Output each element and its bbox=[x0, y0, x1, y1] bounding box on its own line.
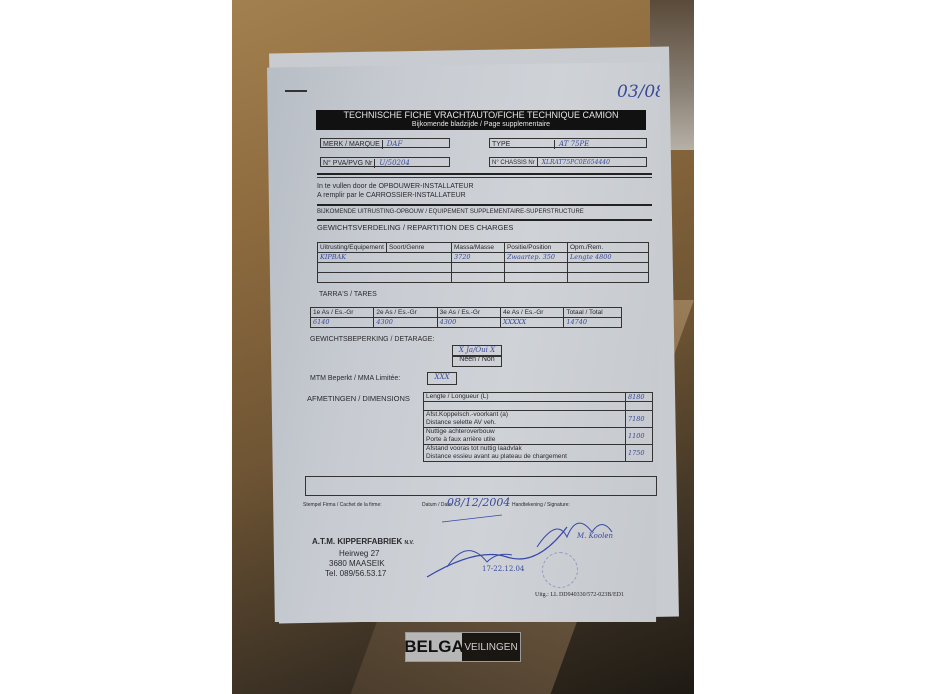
header-cell: Uitrusting/Equipement bbox=[318, 243, 387, 253]
chassis-field: N° CHASSIS NrXLRAT75PC0E654440 bbox=[489, 157, 647, 167]
dimension-value: 1750 bbox=[626, 445, 653, 462]
cell-position: Zwaartep. 350 bbox=[504, 253, 567, 263]
chassis-value: XLRAT75PC0E654440 bbox=[538, 159, 610, 166]
section-weight: GEWICHTSVERDELING / REPARTITION DES CHAR… bbox=[317, 223, 513, 232]
stamp-label: Stempel Firma / Cachet de la firme: bbox=[303, 502, 382, 508]
table-header-row: Uitrusting/Equipement Soort/Genre Massa/… bbox=[318, 243, 649, 253]
header-cell: 2e As / Es.-Gr bbox=[374, 308, 437, 318]
watermark-veilingen: VEILINGEN bbox=[462, 633, 520, 661]
chassis-label: N° CHASSIS Nr bbox=[492, 158, 538, 167]
punch-mark bbox=[285, 90, 307, 92]
technical-sheet: 03/08 TECHNISCHE FICHE VRACHTAUTO/FICHE … bbox=[267, 62, 660, 622]
merk-field: MERK / MARQUEDAF bbox=[320, 138, 450, 148]
table-row: Nuttige achteroverbouwPorte à faux arriè… bbox=[424, 428, 653, 445]
table-header-row: 1e As / Es.-Gr 2e As / Es.-Gr 3e As / Es… bbox=[311, 308, 622, 318]
divider bbox=[317, 219, 652, 221]
header-cell: Positie/Position bbox=[504, 243, 567, 253]
company-name-text: A.T.M. KIPPERFABRIEK bbox=[312, 537, 402, 546]
cell-equipment: KIPBAK bbox=[318, 253, 452, 263]
instruction-fr: A remplir par le CARROSSIER-INSTALLATEUR bbox=[317, 192, 466, 199]
pva-label: N° PVA/PVG Nr bbox=[323, 159, 375, 168]
dimensions-label: AFMETINGEN / DIMENSIONS bbox=[307, 394, 410, 403]
table-row bbox=[318, 273, 649, 283]
table-row: Lengte / Longueur (L) 8180 bbox=[424, 393, 653, 402]
header-cell: Massa/Masse bbox=[451, 243, 504, 253]
dimension-label: Afstand vooras tot nuttig laadvlak bbox=[426, 445, 623, 453]
tares-label: TARRA'S / TARES bbox=[319, 291, 377, 298]
tare-axle-4: XXXXX bbox=[500, 318, 563, 328]
table-row bbox=[424, 402, 653, 411]
table-row bbox=[318, 263, 649, 273]
tare-axle-3: 4300 bbox=[437, 318, 500, 328]
merk-value: DAF bbox=[383, 140, 403, 148]
header-cell: Totaal / Total bbox=[564, 308, 622, 318]
pva-value: U/50204 bbox=[375, 159, 410, 167]
mma-label: MTM Beperkt / MMA Limitée: bbox=[310, 375, 400, 382]
dimension-label-fr: Distance selette AV veh. bbox=[426, 419, 623, 427]
equipment-table: Uitrusting/Equipement Soort/Genre Massa/… bbox=[317, 242, 649, 283]
type-field: TYPEAT 75PE bbox=[489, 138, 647, 148]
dimension-label: Nuttige achteroverbouw bbox=[426, 428, 623, 436]
watermark-belga: BELGA bbox=[406, 633, 462, 661]
dimension-value: 7180 bbox=[626, 411, 653, 428]
dimension-label: Lengte / Longueur (L) bbox=[424, 393, 626, 402]
company-suffix: N.V. bbox=[404, 540, 413, 546]
document-subtitle: Bijkomende bladzijde / Page supplementai… bbox=[316, 121, 646, 129]
dimensions-table: Lengte / Longueur (L) 8180 Afst.Koppelsc… bbox=[423, 392, 653, 462]
type-label: TYPE bbox=[492, 140, 555, 149]
type-value: AT 75PE bbox=[555, 140, 589, 148]
cell-remark: Lengte 4800 bbox=[567, 253, 648, 263]
document-title-bar: TECHNISCHE FICHE VRACHTAUTO/FICHE TECHNI… bbox=[316, 110, 646, 130]
table-row: KIPBAK 3720 Zwaartep. 350 Lengte 4800 bbox=[318, 253, 649, 263]
instruction-nl: In te vullen door de OPBOUWER-INSTALLATE… bbox=[317, 183, 474, 190]
page-number: 03/08 bbox=[617, 82, 666, 102]
tare-axle-1: 6140 bbox=[311, 318, 374, 328]
divider bbox=[317, 173, 652, 175]
company-seal bbox=[542, 552, 578, 588]
cell-mass: 3720 bbox=[451, 253, 504, 263]
tare-total: 14740 bbox=[564, 318, 622, 328]
merk-label: MERK / MARQUE bbox=[323, 140, 383, 149]
table-row: 6140 4300 4300 XXXXX 14740 bbox=[311, 318, 622, 328]
header-cell: 1e As / Es.-Gr bbox=[311, 308, 374, 318]
table-row: Afst.Koppelsch.-voorkant (a)Distance sel… bbox=[424, 411, 653, 428]
mma-box: XXX bbox=[427, 372, 457, 385]
dimension-value: 1100 bbox=[626, 428, 653, 445]
header-cell: Opm./Rem. bbox=[567, 243, 648, 253]
signature-scribbles bbox=[417, 507, 617, 587]
company-name: A.T.M. KIPPERFABRIEK N.V. bbox=[312, 537, 414, 546]
tares-table: 1e As / Es.-Gr 2e As / Es.-Gr 3e As / Es… bbox=[310, 307, 622, 328]
header-cell: Soort/Genre bbox=[386, 243, 451, 253]
section-equipment: BIJKOMENDE UITRUSTING-OPBOUW / EQUIPEMEN… bbox=[317, 209, 584, 215]
pva-field: N° PVA/PVG NrU/50204 bbox=[320, 157, 450, 167]
header-cell: 3e As / Es.-Gr bbox=[437, 308, 500, 318]
detarage-no-box: Neen / Non bbox=[452, 355, 502, 367]
reference-code: Uitg.: LL DD940330/572-023B/ED1 bbox=[535, 592, 624, 598]
dimension-label-fr: Distance essieu avant au plateau de char… bbox=[426, 453, 623, 461]
document-title: TECHNISCHE FICHE VRACHTAUTO/FICHE TECHNI… bbox=[316, 110, 646, 121]
header-cell: 4e As / Es.-Gr bbox=[500, 308, 563, 318]
company-city: 3680 MAASEIK bbox=[329, 559, 385, 568]
divider bbox=[317, 177, 652, 178]
remarks-box bbox=[305, 476, 657, 496]
dimension-value: 8180 bbox=[626, 393, 653, 402]
belga-watermark: BELGA VEILINGEN bbox=[405, 632, 521, 662]
table-row: Afstand vooras tot nuttig laadvlakDistan… bbox=[424, 445, 653, 462]
dimension-label-fr: Porte à faux arrière utile bbox=[426, 436, 623, 444]
detarage-label: GEWICHTSBEPERKING / DETARAGE: bbox=[310, 336, 434, 343]
divider bbox=[317, 204, 652, 206]
company-phone: Tel. 089/56.53.17 bbox=[325, 569, 386, 578]
company-street: Heirweg 27 bbox=[339, 549, 379, 558]
dimension-label: Afst.Koppelsch.-voorkant (a) bbox=[426, 411, 623, 419]
document-photo: 03/08 TECHNISCHE FICHE VRACHTAUTO/FICHE … bbox=[232, 0, 694, 694]
tare-axle-2: 4300 bbox=[374, 318, 437, 328]
signature-name: M. Koolen bbox=[577, 532, 613, 540]
signature-date-note: 17-22.12.04 bbox=[482, 565, 524, 573]
